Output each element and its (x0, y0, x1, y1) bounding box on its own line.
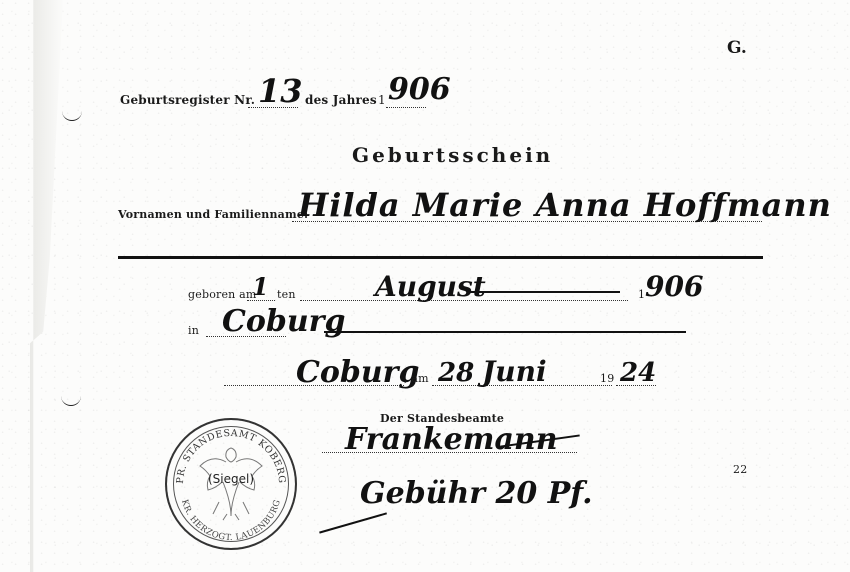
birth-day: 1 (252, 272, 269, 301)
issue-year-prefix: 19 (600, 372, 614, 385)
register-label: Geburtsregister Nr. (120, 93, 255, 107)
month-strike (470, 291, 620, 293)
official-seal: PR. STANDESAMT KOBERG KR. HERZOGT. LAUEN… (165, 418, 297, 550)
issue-day: 28 (438, 358, 474, 388)
seal-center-label: (Siegel) (167, 472, 295, 486)
issue-place: Coburg (296, 355, 419, 390)
registrar-signature: Frankemann (345, 422, 558, 457)
birth-place: Coburg (222, 304, 345, 339)
fee-note: Gebühr 20 Pf. (360, 476, 593, 511)
register-year-prefix: 1 (378, 93, 386, 107)
am-label: , am (404, 372, 429, 385)
in-label: in (188, 324, 199, 337)
place-strike (324, 331, 686, 333)
issue-year: 24 (620, 358, 656, 388)
birth-year: 906 (645, 270, 703, 303)
ten-label: ten (277, 288, 296, 301)
birth-month: August (375, 270, 486, 303)
register-number: 13 (258, 72, 303, 110)
register-year: 906 (388, 72, 451, 107)
name-value: Hilda Marie Anna Hoffmann (298, 186, 832, 224)
issue-month: Juni (482, 355, 547, 388)
separator-line (118, 256, 763, 259)
document-title: Geburtsschein (352, 143, 553, 167)
name-label: Vornamen und Familienname: (118, 208, 308, 221)
register-year-label: des Jahres (305, 93, 377, 107)
page-number: 22 (733, 463, 747, 476)
register-year-dots (386, 107, 426, 108)
form-code: G. (727, 38, 747, 58)
